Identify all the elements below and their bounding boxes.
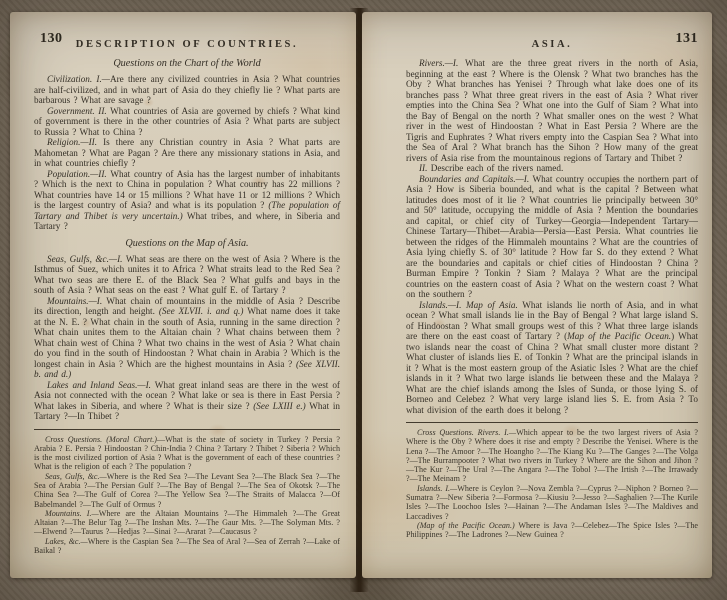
question-paragraph: Religion.—II. Is there any Christian cou… (34, 137, 340, 169)
cross-question-paragraph: Seas, Gulfs, &c.—Where is the Red Sea ?—… (34, 472, 340, 509)
book-photo: 130 DESCRIPTION OF COUNTRIES. Questions … (0, 0, 727, 600)
italic-lead: Seas, Gulfs, &c.— (45, 472, 107, 481)
italic-lead: Mountains. I.— (45, 509, 99, 518)
italic-lead: Government. II. (47, 106, 107, 116)
page-131: ASIA. 131 Rivers.—I. What are the three … (362, 12, 712, 578)
question-paragraph: Civilization. I.—Are there any civilized… (34, 74, 340, 106)
italic-lead: Lakes and Inland Seas.—I. (47, 380, 151, 390)
italic-lead: Religion.—II. (47, 137, 97, 147)
question-paragraph: Population.—II. What country of Asia has… (34, 169, 340, 232)
section-heading: Questions on the Chart of the World (34, 58, 340, 70)
running-head: DESCRIPTION OF COUNTRIES. (76, 39, 298, 50)
italic-lead: (See LXIII e.) (253, 401, 306, 411)
running-head: ASIA. (532, 39, 573, 50)
italic-lead: (Map of the Pacific Ocean.) (417, 521, 515, 530)
page-main-text: Rivers.—I. What are the three great rive… (406, 58, 698, 415)
italic-lead: Islands. I.— (417, 484, 457, 493)
question-paragraph: Islands.—I. Map of Asia. What islands li… (406, 300, 698, 416)
page-131-content: ASIA. 131 Rivers.—I. What are the three … (362, 12, 712, 540)
italic-lead: Rivers.—I. (419, 58, 458, 68)
italic-lead: (See XLVII. b. and d.) (34, 359, 340, 380)
page-number: 131 (676, 31, 699, 47)
section-heading: Questions on the Map of Asia. (34, 238, 340, 250)
footnote-divider (406, 422, 698, 423)
italic-lead: Civilization. I.— (47, 74, 110, 84)
cross-question-paragraph: Cross Questions. Rivers. I.—Which appear… (406, 428, 698, 484)
question-paragraph: Lakes and Inland Seas.—I. What great inl… (34, 380, 340, 422)
page-footnotes: Cross Questions. (Moral Chart.)—What is … (34, 435, 340, 556)
italic-lead: Islands.—I. Map of Asia. (419, 300, 518, 310)
italic-lead: Cross Questions. (Moral Chart.) (45, 435, 157, 444)
cross-question-paragraph: (Map of the Pacific Ocean.) Where is Jav… (406, 521, 698, 540)
page-number: 130 (40, 31, 63, 47)
question-paragraph: II. Describe each of the rivers named. (406, 163, 698, 174)
italic-lead: Seas, Gulfs, &c.—I. (47, 254, 122, 264)
italic-lead: II. (419, 163, 427, 173)
footnote-divider (34, 429, 340, 430)
italic-lead: Map of the Pacific Ocean. (567, 331, 671, 341)
question-paragraph: Mountains.—I. What chain of mountains in… (34, 296, 340, 380)
cross-question-paragraph: Cross Questions. (Moral Chart.)—What is … (34, 435, 340, 472)
cross-question-paragraph: Lakes, &c.—Where is the Caspian Sea ?—Th… (34, 537, 340, 556)
italic-lead: Cross Questions. Rivers. I.— (417, 428, 516, 437)
page-130-content: 130 DESCRIPTION OF COUNTRIES. Questions … (10, 12, 356, 555)
italic-lead: (See XLVII. i. and q.) (159, 306, 244, 316)
page-main-text: Questions on the Chart of the WorldCivil… (34, 58, 340, 422)
cross-question-paragraph: Islands. I.—Where is Ceylon ?—Nova Zembl… (406, 484, 698, 521)
page-130: 130 DESCRIPTION OF COUNTRIES. Questions … (10, 12, 356, 578)
italic-lead: Boundaries and Capitals.—I. (419, 174, 529, 184)
cross-question-paragraph: Mountains. I.—Where are the Altaian Moun… (34, 509, 340, 537)
question-paragraph: Rivers.—I. What are the three great rive… (406, 58, 698, 163)
page-footnotes: Cross Questions. Rivers. I.—Which appear… (406, 428, 698, 540)
italic-lead: (The population of Tartary and Thibet is… (34, 200, 340, 221)
question-paragraph: Boundaries and Capitals.—I. What country… (406, 174, 698, 300)
page-header: 130 DESCRIPTION OF COUNTRIES. (34, 34, 340, 50)
italic-lead: Population.—II. (47, 169, 107, 179)
question-paragraph: Government. II. What countries of Asia a… (34, 106, 340, 138)
italic-lead: Lakes, &c.— (45, 537, 88, 546)
italic-lead: Mountains.—I. (47, 296, 102, 306)
question-paragraph: Seas, Gulfs, &c.—I. What seas are there … (34, 254, 340, 296)
page-header: ASIA. 131 (406, 34, 698, 50)
